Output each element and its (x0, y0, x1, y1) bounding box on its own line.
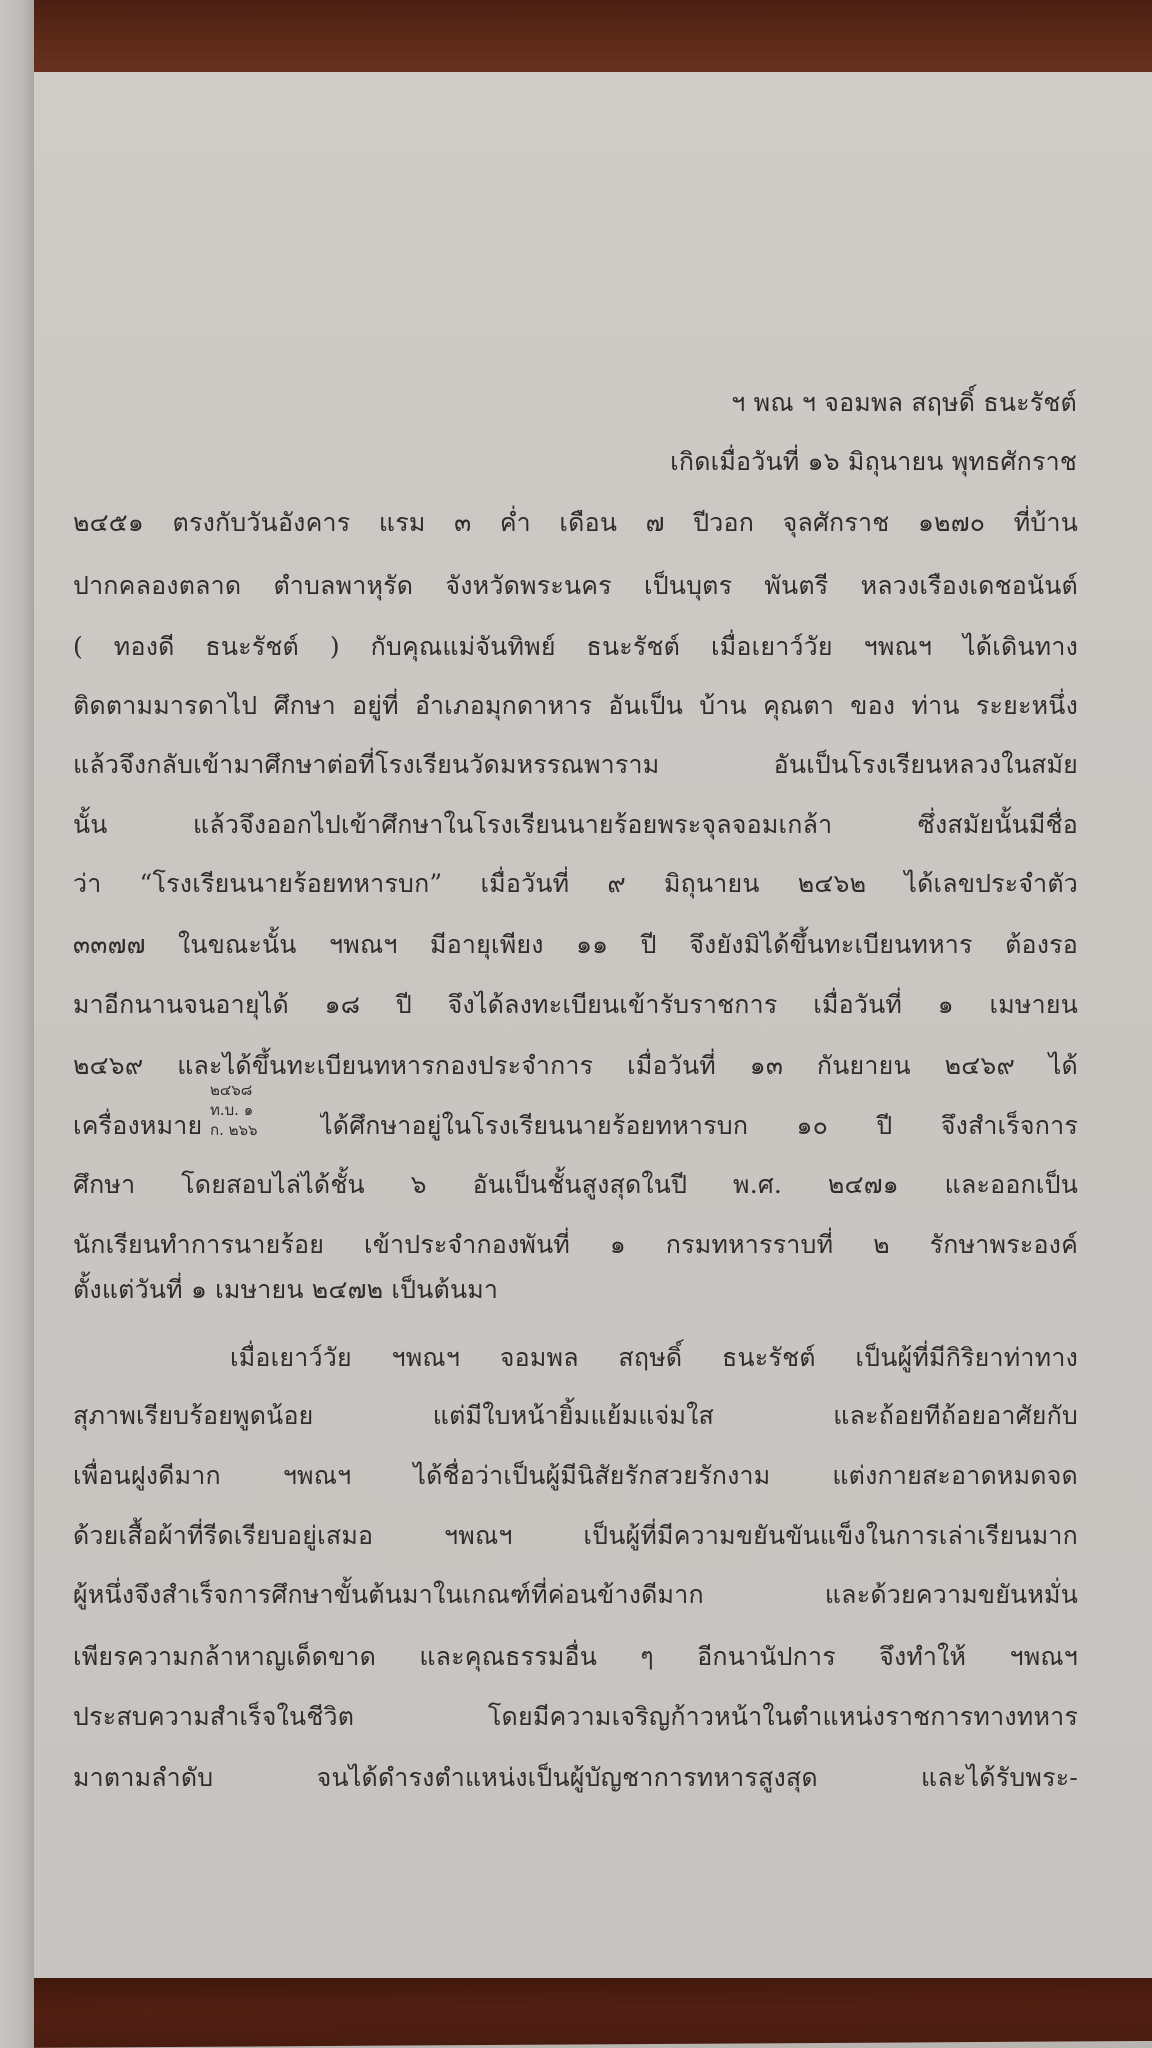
insignia-number-block: ๒๔๖๘ ท.บ. ๑ ก. ๒๖๖ (210, 1080, 258, 1140)
insignia-middle: ท.บ. ๑ (210, 1100, 258, 1120)
insignia-bottom: ก. ๒๖๖ (210, 1120, 258, 1140)
text-line: เพื่อนฝูงดีมาก ฯพณฯ ได้ชื่อว่าเป็นผู้มีน… (73, 1456, 1078, 1496)
text-line: นักเรียนทำการนายร้อย เข้าประจำกองพันที่ … (73, 1225, 1078, 1265)
text-line: มาอีกนานจนอายุได้ ๑๘ ปี จึงได้ลงทะเบียนเ… (73, 985, 1078, 1025)
wooden-table-bottom (0, 1968, 1152, 2048)
text-line: ๓๓๗๗ ในขณะนั้น ฯพณฯ มีอายุเพียง ๑๑ ปี จึ… (73, 925, 1078, 965)
text-line: ๒๔๕๑ ตรงกับวันอังคาร แรม ๓ ค่ำ เดือน ๗ ป… (73, 503, 1078, 543)
text-line-paragraph-end: ตั้งแต่วันที่ ๑ เมษายน ๒๔๗๒ เป็นต้นมา (73, 1270, 498, 1310)
text-line: ติดตามมารดาไป ศึกษา อยู่ที่ อำเภอมุกดาหา… (73, 686, 1078, 726)
text-line: มาตามลำดับ จนได้ดำรงตำแหน่งเป็นผู้บัญชาก… (73, 1758, 1078, 1798)
text-line: แล้วจึงกลับเข้ามาศึกษาต่อที่โรงเรียนวัดม… (73, 745, 1078, 785)
text-line-insignia-label: เครื่องหมาย (73, 1106, 202, 1146)
text-line: นั้น แล้วจึงออกไปเข้าศึกษาในโรงเรียนนายร… (73, 805, 1078, 845)
book-page (33, 72, 1152, 1978)
text-line: ( ทองดี ธนะรัชต์ ) กับคุณแม่จันทิพย์ ธนะ… (73, 627, 1078, 667)
text-line: ศึกษา โดยสอบไล่ได้ชั้น ๖ อันเป็นชั้นสูงส… (73, 1165, 1078, 1205)
text-line: ได้ศึกษาอยู่ในโรงเรียนนายร้อยทหารบก ๑๐ ป… (320, 1106, 1078, 1146)
text-line: สุภาพเรียบร้อยพูดน้อย แต่มีใบหน้ายิ้มแย้… (73, 1396, 1078, 1436)
text-line: ปากคลองตลาด ตำบลพาหุรัด จังหวัดพระนคร เป… (73, 566, 1078, 606)
text-line: ประสบความสำเร็จในชีวิต โดยมีความเจริญก้า… (73, 1697, 1078, 1737)
biography-heading: ฯ พณ ฯ จอมพล สฤษดิ์ ธนะรัชต์ (731, 383, 1077, 423)
text-line: ว่า “โรงเรียนนายร้อยทหารบก” เมื่อวันที่ … (73, 864, 1078, 904)
page-edge-left (0, 0, 34, 2048)
text-line: เพียรความกล้าหาญเด็ดขาด และคุณธรรมอื่น ๆ… (73, 1637, 1078, 1677)
text-line-paragraph-start: เมื่อเยาว์วัย ฯพณฯ จอมพล สฤษดิ์ ธนะรัชต์… (230, 1338, 1078, 1378)
text-line: ด้วยเสื้อผ้าที่รีดเรียบอยู่เสมอ ฯพณฯ เป็… (73, 1516, 1078, 1556)
insignia-top: ๒๔๖๘ (210, 1080, 258, 1100)
wooden-table-top (0, 0, 1152, 74)
text-line: ผู้หนึ่งจึงสำเร็จการศึกษาขั้นต้นมาในเกณฑ… (73, 1575, 1078, 1615)
text-line-birth: เกิดเมื่อวันที่ ๑๖ มิถุนายน พุทธศักราช (670, 442, 1077, 482)
